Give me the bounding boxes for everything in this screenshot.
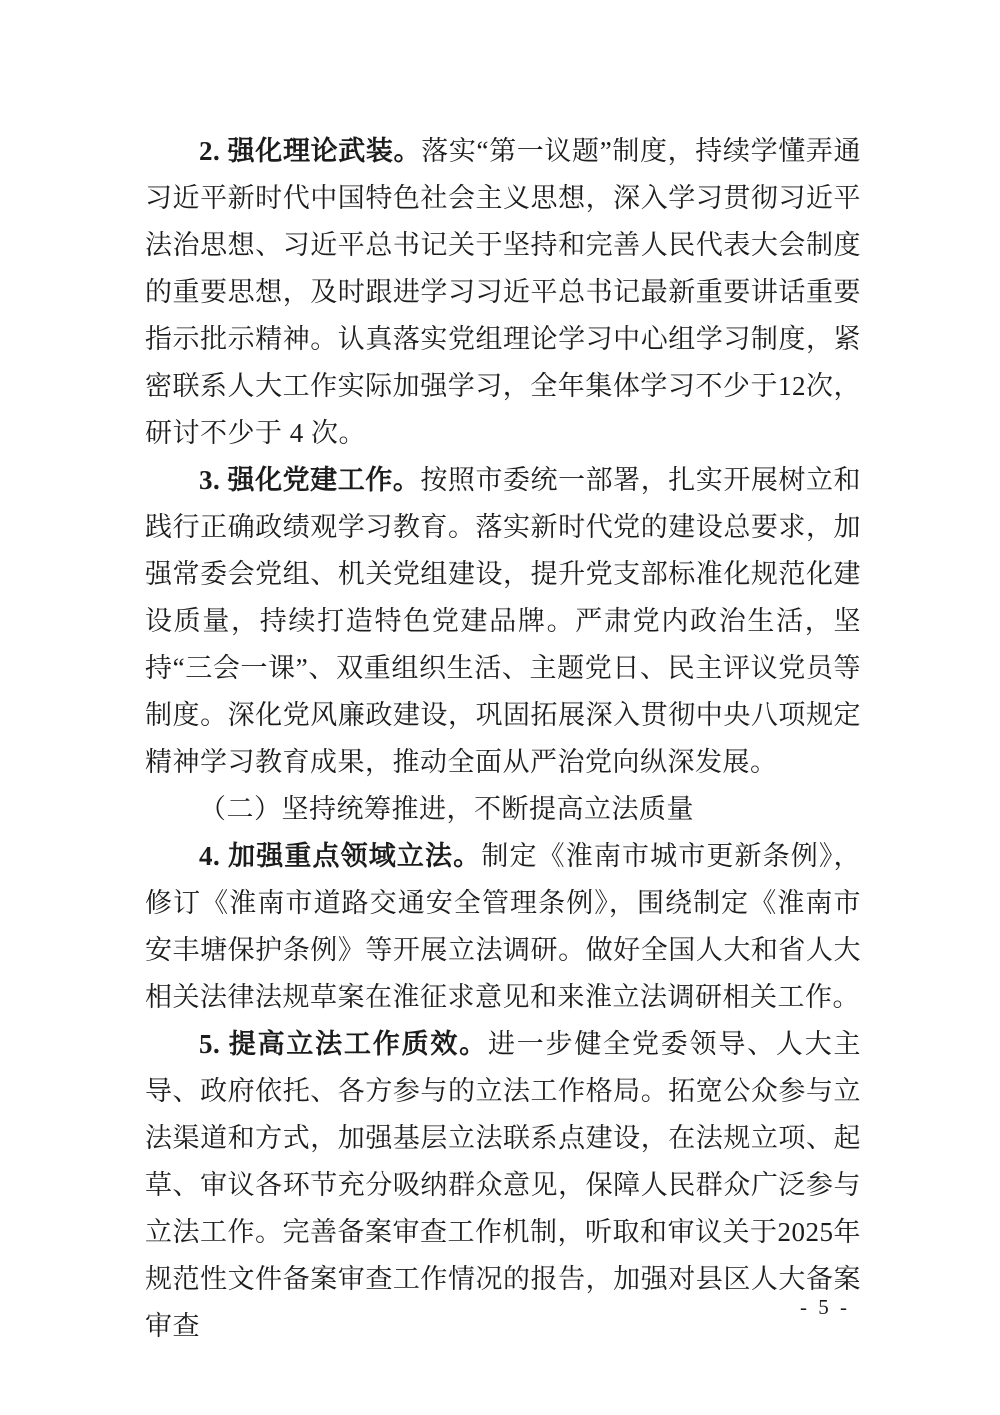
paragraph-lead: 4. 加强重点领域立法。 bbox=[199, 841, 481, 871]
section-heading: （二）坚持统筹推进，不断提高立法质量 bbox=[145, 786, 861, 833]
paragraph-item-2: 2. 强化理论武装。落实“第一议题”制度，持续学懂弄通习近平新时代中国特色社会主… bbox=[145, 128, 861, 457]
paragraph-lead: 2. 强化理论武装。 bbox=[199, 136, 421, 166]
document-page: 2. 强化理论武装。落实“第一议题”制度，持续学懂弄通习近平新时代中国特色社会主… bbox=[0, 0, 1000, 1415]
document-body: 2. 强化理论武装。落实“第一议题”制度，持续学懂弄通习近平新时代中国特色社会主… bbox=[145, 128, 861, 1350]
paragraph-lead: 3. 强化党建工作。 bbox=[199, 465, 420, 495]
paragraph-text: 进一步健全党委领导、人大主导、政府依托、各方参与的立法工作格局。拓宽公众参与立法… bbox=[145, 1029, 861, 1341]
paragraph-text: 按照市委统一部署，扎实开展树立和践行正确政绩观学习教育。落实新时代党的建设总要求… bbox=[145, 465, 861, 777]
paragraph-lead: 5. 提高立法工作质效。 bbox=[199, 1029, 488, 1059]
paragraph-item-5: 5. 提高立法工作质效。进一步健全党委领导、人大主导、政府依托、各方参与的立法工… bbox=[145, 1021, 861, 1350]
paragraph-item-3: 3. 强化党建工作。按照市委统一部署，扎实开展树立和践行正确政绩观学习教育。落实… bbox=[145, 457, 861, 786]
page-footer: - 5 - bbox=[800, 1295, 850, 1320]
paragraph-text: 落实“第一议题”制度，持续学懂弄通习近平新时代中国特色社会主义思想，深入学习贯彻… bbox=[145, 136, 861, 448]
page-number: - 5 - bbox=[800, 1295, 850, 1319]
paragraph-item-4: 4. 加强重点领域立法。制定《淮南市城市更新条例》，修订《淮南市道路交通安全管理… bbox=[145, 833, 861, 1021]
